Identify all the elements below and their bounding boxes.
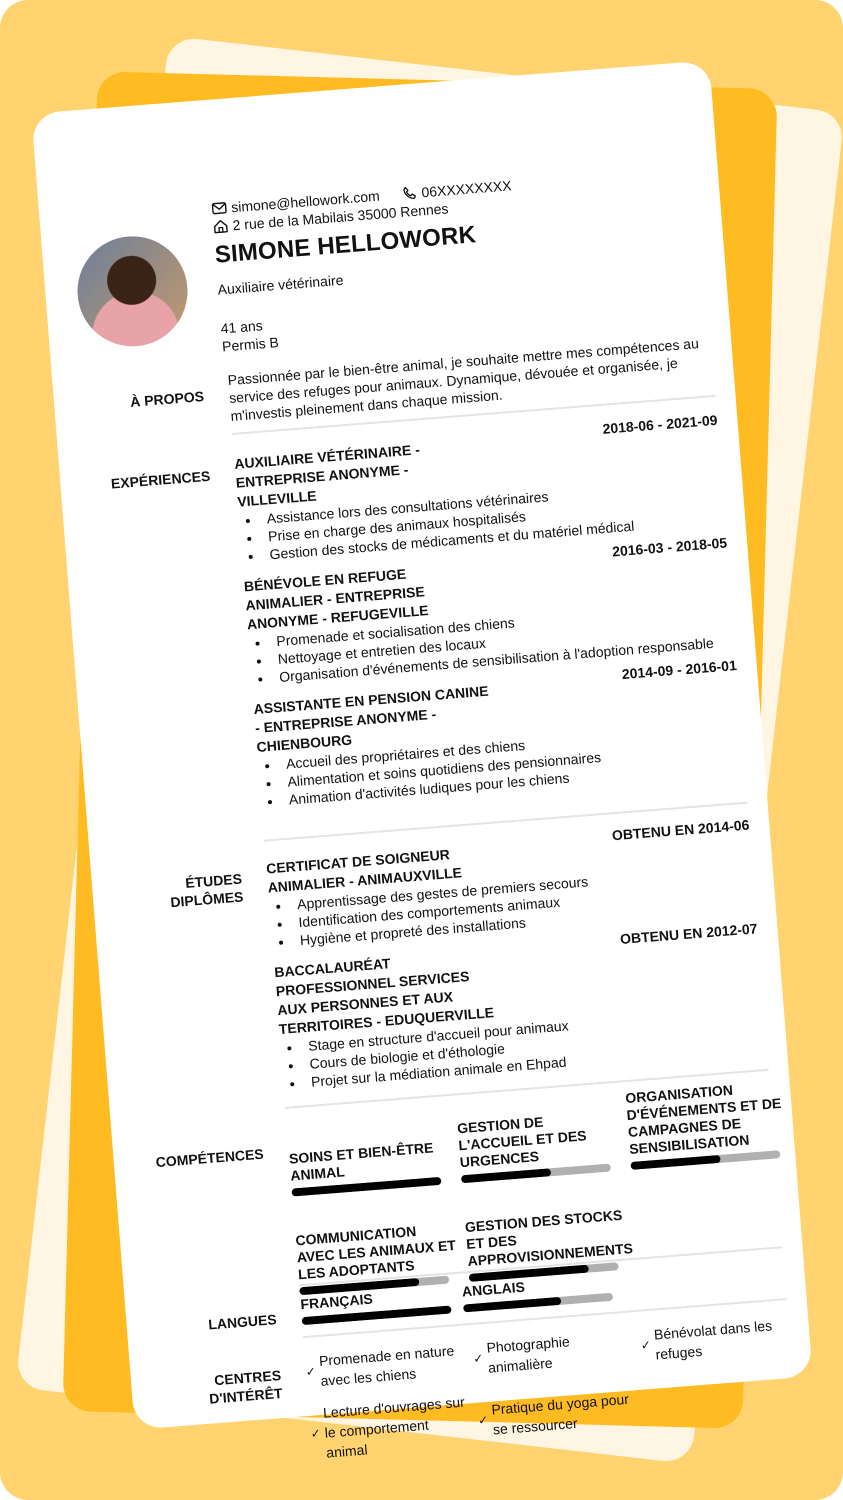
about-label: À PROPOS — [84, 387, 205, 414]
education-label: ÉTUDES DIPLÔMES — [122, 870, 244, 915]
experience-list: 2018-06 - 2021-09 AUXILIAIRE VÉTÉRINAIRE… — [234, 417, 746, 823]
check-icon: ✓ — [310, 1423, 322, 1444]
skills-grid: SOINS ET BIEN-ÊTRE ANIMAL GESTION DE L'A… — [286, 1079, 784, 1296]
driving-license: Permis B — [221, 333, 279, 355]
check-icon: ✓ — [473, 1348, 485, 1369]
interest-item: ✓Pratique du yoga pour se ressourcer — [476, 1378, 640, 1450]
education-list: OBTENU EN 2014-06 CERTIFICAT DE SOIGNEUR… — [266, 822, 769, 1105]
entry-date: 2016-03 - 2018-05 — [611, 533, 727, 560]
check-icon: ✓ — [640, 1335, 652, 1356]
resume-card: simone@hellowork.com 06XXXXXXXX 2 rue de… — [31, 60, 812, 1429]
entry-date: 2018-06 - 2021-09 — [602, 411, 718, 438]
phone-icon — [401, 185, 418, 202]
background-frame: simone@hellowork.com 06XXXXXXXX 2 rue de… — [0, 0, 843, 1500]
job-title: Auxiliaire vétérinaire — [217, 272, 344, 298]
check-icon: ✓ — [477, 1410, 489, 1431]
check-icon: ✓ — [305, 1361, 317, 1382]
skill-item: SOINS ET BIEN-ÊTRE ANIMAL — [286, 1104, 452, 1196]
interests-list: ✓Promenade en nature avec les chiens ✓Ph… — [304, 1314, 796, 1464]
mail-icon — [211, 200, 228, 217]
education-section: ÉTUDES DIPLÔMES OBTENU EN 2014-06 CERTIF… — [120, 814, 718, 861]
about-section: À PROPOS Passionnée par le bien-être ani… — [83, 335, 681, 382]
entry-date: OBTENU EN 2012-07 — [619, 919, 758, 948]
personal-details: 41 ans Permis B — [220, 315, 279, 355]
interest-item: ✓Lecture d'ouvrages sur le comportement … — [308, 1391, 472, 1463]
interest-item: ✓Promenade en nature avec les chiens — [304, 1340, 467, 1392]
experience-entry: 2014-09 - 2016-01 ASSISTANTE EN PENSION … — [253, 662, 745, 811]
languages-label: LANGUES — [156, 1310, 277, 1337]
about-text: Passionnée par le bien-être animal, je s… — [227, 333, 715, 425]
skill-item: GESTION DE L'ACCUEIL ET DES URGENCES — [455, 1091, 621, 1183]
entry-date: OBTENU EN 2014-06 — [611, 816, 750, 845]
avatar — [73, 232, 191, 350]
resume-header: simone@hellowork.com 06XXXXXXXX 2 rue de… — [68, 122, 686, 171]
interest-item: ✓Photographie animalière — [472, 1326, 635, 1378]
interest-item: ✓Bénévolat dans les refuges — [639, 1313, 802, 1365]
skills-label: COMPÉTENCES — [143, 1145, 264, 1172]
skill-item: ORGANISATION D'ÉVÉNEMENTS ET DE CAMPAGNE… — [625, 1078, 791, 1170]
experience-label: EXPÉRIENCES — [90, 467, 211, 494]
interests-label: CENTRES D'INTÉRÊT — [161, 1366, 283, 1411]
education-entry: OBTENU EN 2012-07 BACCALAURÉAT PROFESSIO… — [274, 925, 768, 1093]
home-icon — [212, 218, 229, 235]
entry-date: 2014-09 - 2016-01 — [621, 656, 737, 683]
